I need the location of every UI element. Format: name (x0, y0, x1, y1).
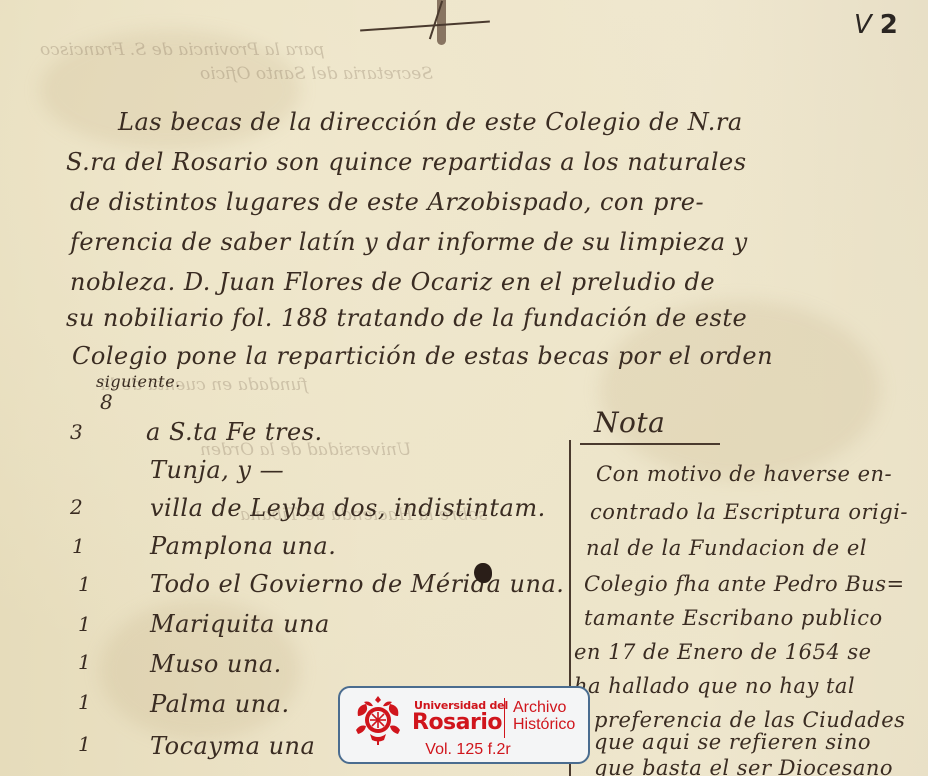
allocation-item: Pamplona una. (150, 532, 336, 560)
note-line: que aqui se refieren sino (594, 730, 871, 754)
main-text-line: ferencia de saber latín y dar informe de… (70, 228, 748, 256)
manuscript-page: para la Provincia de S. Francisco Secret… (0, 0, 928, 776)
margin-count: 1 (78, 732, 91, 756)
bleed-through-text: Secretaria del Santo Oficio (200, 64, 433, 84)
note-line: en 17 de Enero de 1654 se (574, 640, 872, 664)
margin-count: 1 (78, 572, 91, 596)
main-text-line: S.ra del Rosario son quince repartidas a… (66, 148, 747, 176)
main-text-line: de distintos lugares de este Arzobispado… (70, 188, 704, 216)
note-title: Nota (594, 406, 665, 439)
note-line: Colegio fha ante Pedro Bus= (584, 572, 905, 596)
main-text-line: su nobiliario fol. 188 tratando de la fu… (66, 304, 747, 332)
archive-watermark-badge: Universidad del Rosario Archivo Históric… (338, 686, 590, 764)
main-text-line: Colegio pone la repartición de estas bec… (72, 342, 773, 370)
bleed-through-text: para la Provincia de S. Francisco (40, 40, 325, 60)
archive-name: Archivo Histórico (513, 699, 575, 733)
note-line: nal de la Fundacion de el (586, 536, 867, 560)
badge-separator (504, 698, 505, 738)
margin-count: 2 (70, 495, 83, 519)
note-line: tamante Escribano publico (584, 606, 883, 630)
main-text-line: Las becas de la dirección de este Colegi… (118, 108, 743, 136)
margin-count: 1 (78, 690, 91, 714)
margin-count: 1 (78, 650, 91, 674)
strike-mark (360, 20, 490, 31)
folio-digit: 2 (880, 10, 898, 40)
note-line: que basta el ser Diocesano (594, 756, 893, 776)
note-line: preferencia de las Ciudades (594, 708, 905, 732)
allocation-item: Mariquita una (150, 610, 330, 638)
note-line: ha hallado que no hay tal (574, 674, 855, 698)
allocation-item: Todo el Govierno de Mérida una. (150, 570, 564, 598)
volume-folio-reference: Vol. 125 f.2r (340, 741, 588, 759)
allocation-item: Palma una. (150, 690, 290, 718)
allocation-item: Tocayma una (150, 732, 315, 760)
margin-count: 3 (70, 420, 83, 444)
archive-name-line1: Archivo (513, 699, 575, 716)
allocation-item: Muso una. (150, 650, 282, 678)
ink-blot (474, 563, 492, 583)
allocation-item: villa de Leyba dos, indistintam. (150, 494, 546, 522)
note-title-underline (580, 443, 720, 445)
main-text-line: nobleza. D. Juan Flores de Ocariz en el … (70, 268, 715, 296)
folio-mark: V (854, 10, 872, 40)
allocation-item: a S.ta Fe tres. (146, 418, 323, 446)
margin-count: 1 (72, 534, 85, 558)
main-text-line: siguiente. (96, 372, 181, 391)
institution-name-line2: Rosario (412, 710, 502, 735)
allocation-item: Tunja, y — (150, 456, 284, 484)
university-crest-icon (354, 694, 402, 746)
note-line: Con motivo de haverse en- (596, 462, 892, 486)
margin-count: 1 (78, 612, 91, 636)
folio-number: V2 (854, 10, 898, 40)
margin-count: 8 (100, 390, 113, 414)
note-line: contrado la Escriptura origi- (590, 500, 908, 524)
archive-name-line2: Histórico (513, 716, 575, 733)
